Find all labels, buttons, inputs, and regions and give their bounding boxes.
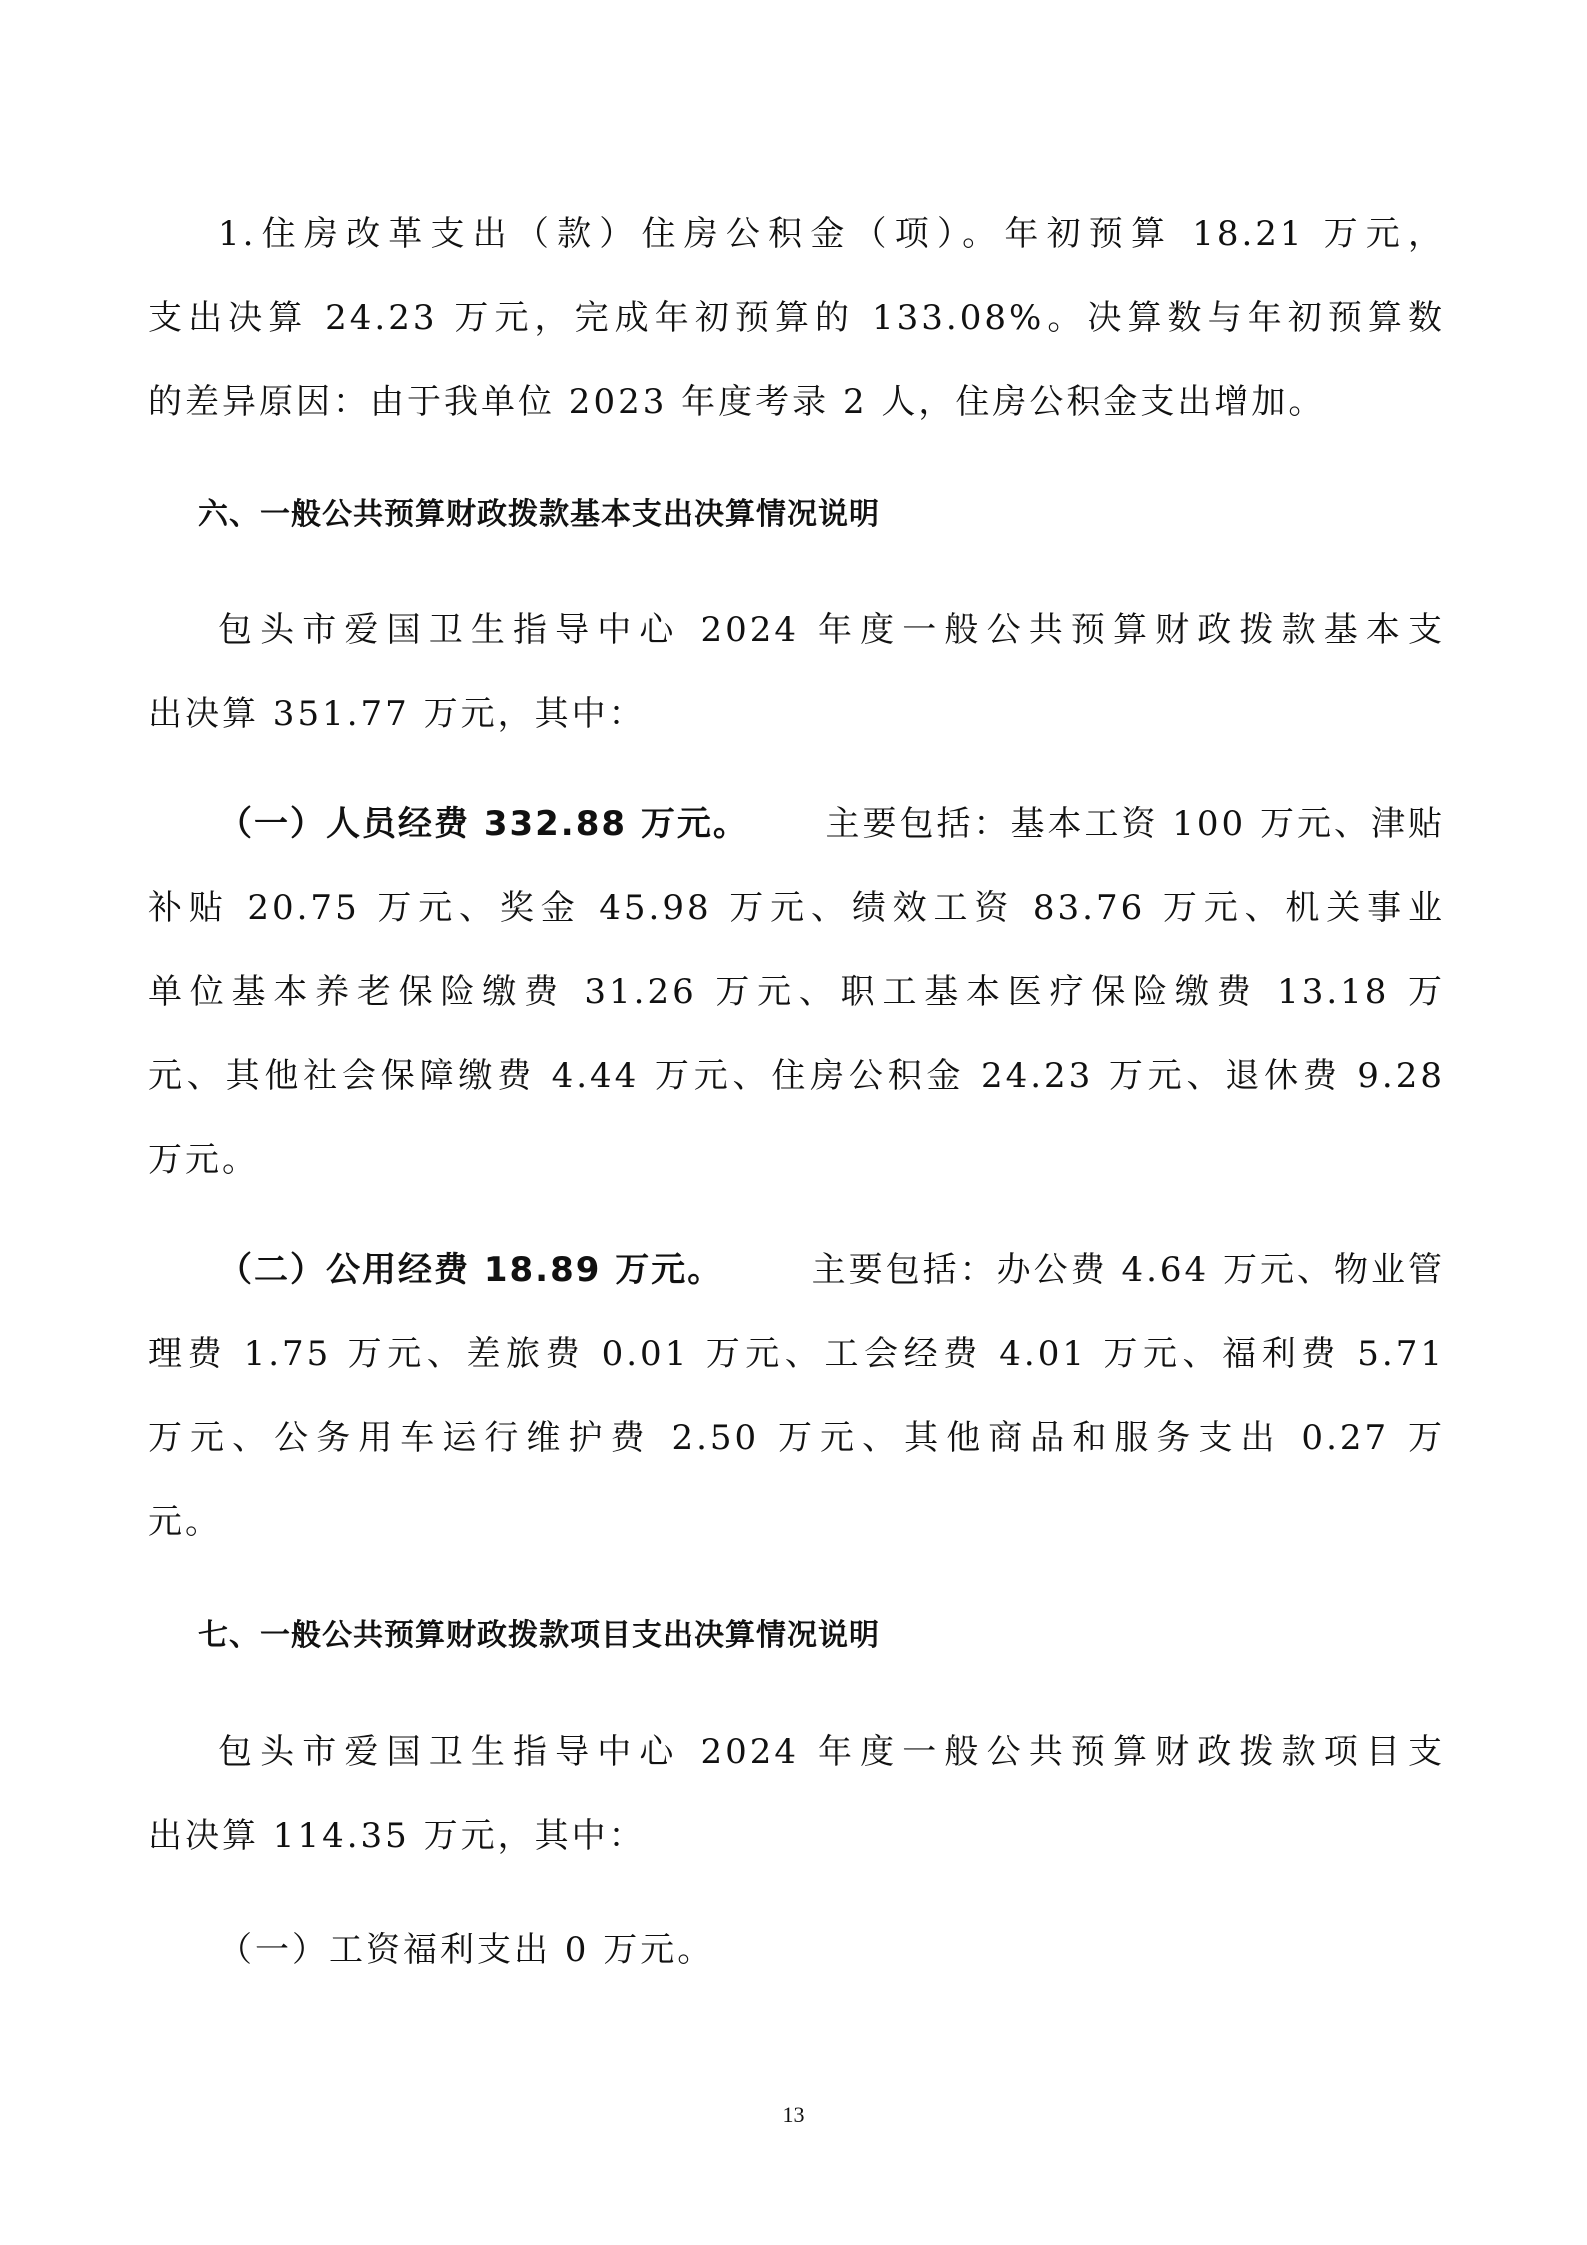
personnel-expenses-lead: （一）人员经费 332.88 万元。 [218, 802, 749, 846]
page-number: 13 [0, 2102, 1587, 2128]
paragraph-line: 包头市爱国卫生指导中心 2024 年度一般公共预算财政拨款基本支 [218, 608, 1445, 652]
paragraph-line: 出决算 351.77 万元，其中： [148, 692, 1445, 736]
paragraph-line: 补贴 20.75 万元、奖金 45.98 万元、绩效工资 83.76 万元、机关… [148, 886, 1445, 930]
paragraph-line: （一）工资福利支出 0 万元。 [218, 1928, 1445, 1972]
public-expenses-text: 主要包括：办公费 4.64 万元、物业管 [812, 1248, 1445, 1292]
personnel-expenses-text: 主要包括：基本工资 100 万元、津贴 [825, 802, 1445, 846]
document-page: 1.住房改革支出（款）住房公积金（项）。年初预算 18.21 万元， 支出决算 … [0, 0, 1587, 2245]
section-heading: 六、一般公共预算财政拨款基本支出决算情况说明 [198, 495, 880, 535]
paragraph-line: （二）公用经费 18.89 万元。 主要包括：办公费 4.64 万元、物业管 [218, 1248, 1445, 1292]
paragraph-line: 万元、公务用车运行维护费 2.50 万元、其他商品和服务支出 0.27 万 [148, 1416, 1445, 1460]
paragraph-line: 出决算 114.35 万元，其中： [148, 1814, 1445, 1858]
paragraph-line: 理费 1.75 万元、差旅费 0.01 万元、工会经费 4.01 万元、福利费 … [148, 1332, 1445, 1376]
paragraph-line: 元。 [148, 1500, 1445, 1544]
paragraph-line: （一）人员经费 332.88 万元。 主要包括：基本工资 100 万元、津贴 [218, 802, 1445, 846]
paragraph-line: 的差异原因：由于我单位 2023 年度考录 2 人，住房公积金支出增加。 [148, 380, 1445, 424]
paragraph-line: 万元。 [148, 1138, 1445, 1182]
paragraph-line: 元、其他社会保障缴费 4.44 万元、住房公积金 24.23 万元、退休费 9.… [148, 1054, 1445, 1098]
paragraph-line: 单位基本养老保险缴费 31.26 万元、职工基本医疗保险缴费 13.18 万 [148, 970, 1445, 1014]
paragraph-line: 支出决算 24.23 万元，完成年初预算的 133.08%。决算数与年初预算数 [148, 296, 1445, 340]
section-heading: 七、一般公共预算财政拨款项目支出决算情况说明 [198, 1616, 880, 1656]
public-expenses-lead: （二）公用经费 18.89 万元。 [218, 1248, 723, 1292]
paragraph-line: 1.住房改革支出（款）住房公积金（项）。年初预算 18.21 万元， [218, 212, 1445, 256]
paragraph-line: 包头市爱国卫生指导中心 2024 年度一般公共预算财政拨款项目支 [218, 1730, 1445, 1774]
